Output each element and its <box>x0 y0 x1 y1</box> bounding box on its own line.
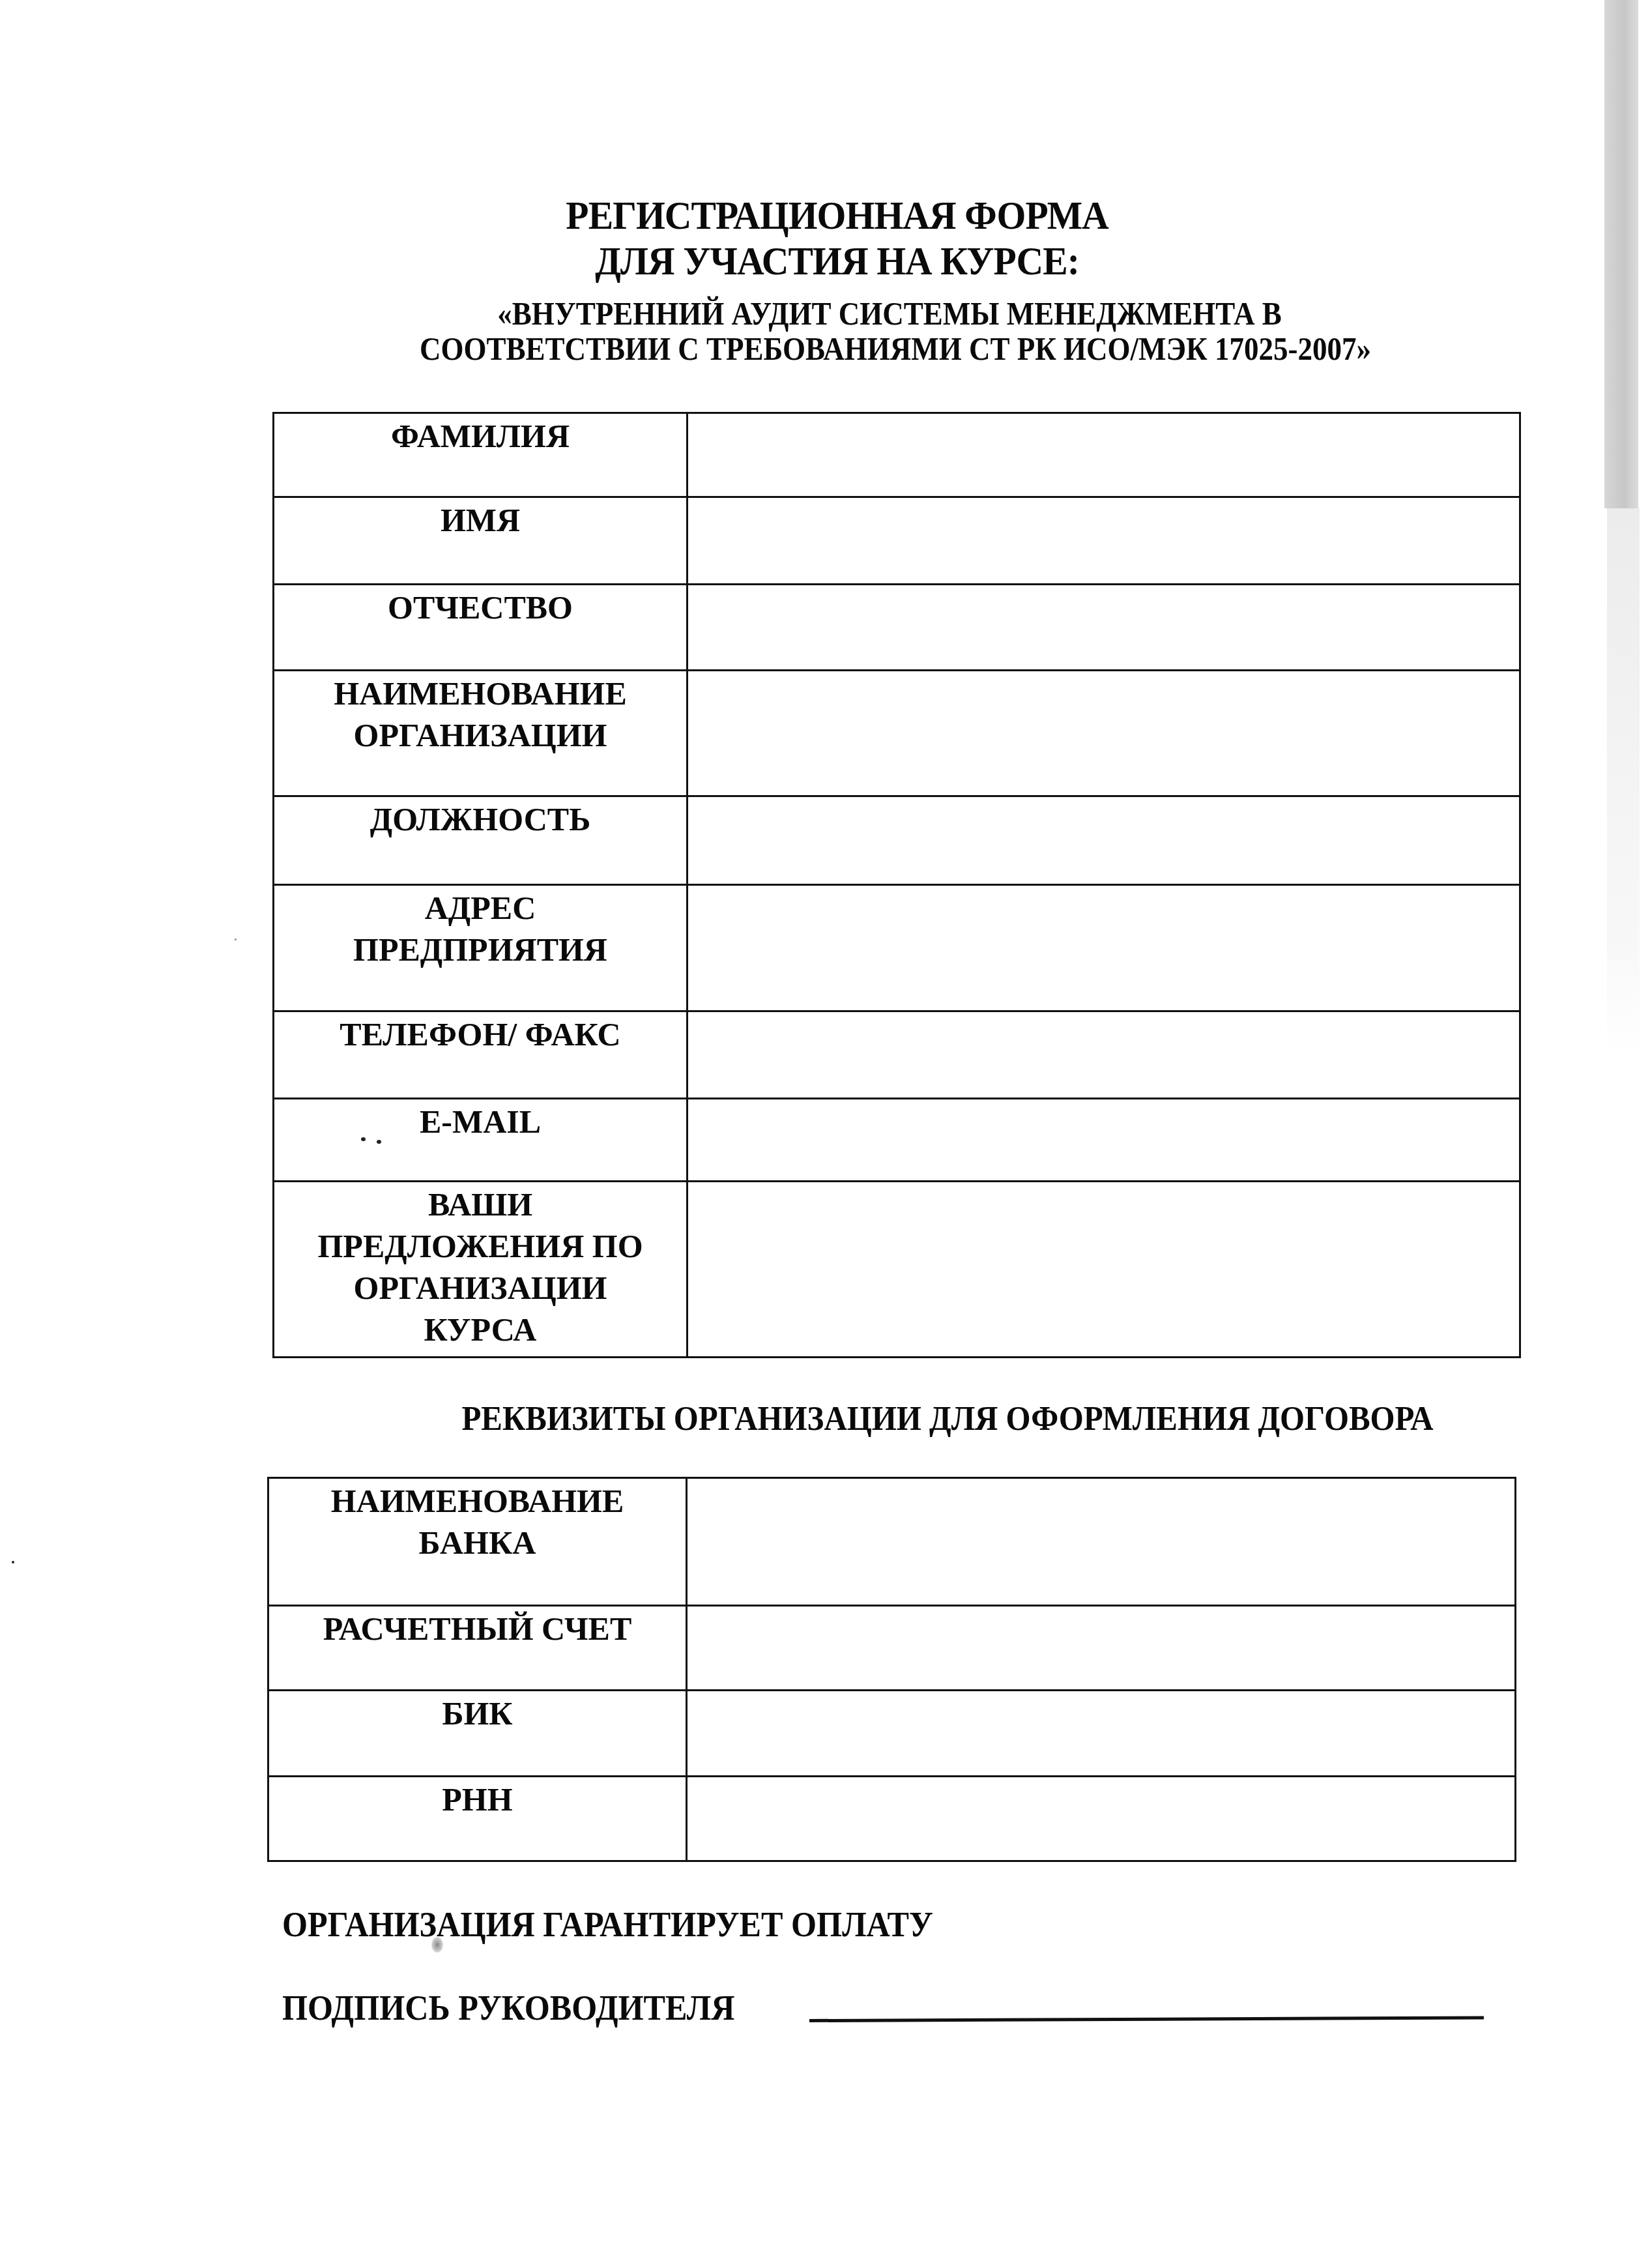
bank-details-table: НАИМЕНОВАНИЕ БАНКА РАСЧЕТНЫЙ СЧЕТ БИК РН… <box>267 1477 1516 1862</box>
label-account: РАСЧЕТНЫЙ СЧЕТ <box>268 1606 687 1691</box>
patronymic-field[interactable] <box>687 585 1520 671</box>
row-suggestions: ВАШИ ПРЕДЛОЖЕНИЯ ПО ОРГАНИЗАЦИИ КУРСА <box>274 1182 1520 1358</box>
label-suggestions: ВАШИ ПРЕДЛОЖЕНИЯ ПО ОРГАНИЗАЦИИ КУРСА <box>274 1182 687 1358</box>
label-address: АДРЕС ПРЕДПРИЯТИЯ <box>274 885 687 1011</box>
row-bank-name: НАИМЕНОВАНИЕ БАНКА <box>268 1478 1516 1606</box>
row-position: ДОЛЖНОСТЬ <box>274 796 1520 885</box>
scan-speck <box>12 1561 14 1563</box>
row-patronymic: ОТЧЕСТВО <box>274 585 1520 671</box>
scan-speck <box>377 1140 381 1144</box>
rnn-field[interactable] <box>687 1777 1516 1861</box>
bank-details-heading: РЕКВИЗИТЫ ОРГАНИЗАЦИИ ДЛЯ ОФОРМЛЕНИЯ ДОГ… <box>50 1400 1600 1438</box>
bik-field[interactable] <box>687 1691 1516 1777</box>
suggestions-field[interactable] <box>687 1182 1520 1358</box>
label-email: E-MAIL <box>274 1099 687 1182</box>
label-last-name: ФАМИЛИЯ <box>274 413 687 497</box>
scan-edge-shadow <box>1604 0 1638 508</box>
title-line-1: РЕГИСТРАЦИОННАЯ ФОРМА <box>58 193 1593 239</box>
bank-name-input[interactable] <box>687 1479 1514 1512</box>
phone-fax-input[interactable] <box>688 1012 1519 1045</box>
course-name-line-2: СООТВЕТСТВИИ С ТРЕБОВАНИЯМИ СТ РК ИСО/МЭ… <box>83 330 1568 368</box>
row-rnn: РНН <box>268 1777 1516 1861</box>
label-bik: БИК <box>268 1691 687 1777</box>
label-organization: НАИМЕНОВАНИЕ ОРГАНИЗАЦИИ <box>274 671 687 796</box>
row-email: E-MAIL <box>274 1099 1520 1182</box>
title-line-2: ДЛЯ УЧАСТИЯ НА КУРСЕ: <box>58 239 1593 285</box>
account-field[interactable] <box>687 1606 1516 1691</box>
email-input[interactable] <box>688 1099 1519 1133</box>
account-input[interactable] <box>687 1606 1514 1640</box>
row-phone-fax: ТЕЛЕФОН/ ФАКС <box>274 1011 1520 1099</box>
label-rnn: РНН <box>268 1777 687 1861</box>
first-name-field[interactable] <box>687 497 1520 585</box>
signature-line[interactable] <box>809 2016 1484 2022</box>
row-account: РАСЧЕТНЫЙ СЧЕТ <box>268 1606 1516 1691</box>
course-name-line-1: «ВНУТРЕННИЙ АУДИТ СИСТЕМЫ МЕНЕДЖМЕНТА В <box>83 295 1568 332</box>
patronymic-input[interactable] <box>688 585 1519 618</box>
label-bank-name: НАИМЕНОВАНИЕ БАНКА <box>268 1478 687 1606</box>
bank-name-field[interactable] <box>687 1478 1516 1606</box>
scan-smudge <box>431 1937 443 1953</box>
label-position: ДОЛЖНОСТЬ <box>274 796 687 885</box>
participant-info-table: ФАМИЛИЯ ИМЯ ОТЧЕСТВО НАИМЕНОВАНИЕ ОРГАНИ… <box>272 412 1521 1358</box>
row-organization: НАИМЕНОВАНИЕ ОРГАНИЗАЦИИ <box>274 671 1520 796</box>
organization-field[interactable] <box>687 671 1520 796</box>
phone-fax-field[interactable] <box>687 1011 1520 1099</box>
scan-edge-shadow-faint <box>1607 508 1640 1056</box>
row-first-name: ИМЯ <box>274 497 1520 585</box>
first-name-input[interactable] <box>688 498 1519 531</box>
label-patronymic: ОТЧЕСТВО <box>274 585 687 671</box>
email-field[interactable] <box>687 1099 1520 1182</box>
scan-speck <box>235 938 237 940</box>
last-name-field[interactable] <box>687 413 1520 497</box>
suggestions-input[interactable] <box>688 1182 1519 1215</box>
row-last-name: ФАМИЛИЯ <box>274 413 1520 497</box>
position-field[interactable] <box>687 796 1520 885</box>
label-phone-fax: ТЕЛЕФОН/ ФАКС <box>274 1011 687 1099</box>
payment-guarantee-text: ОРГАНИЗАЦИЯ ГАРАНТИРУЕТ ОПЛАТУ <box>282 1904 933 1945</box>
rnn-input[interactable] <box>687 1777 1514 1810</box>
row-address: АДРЕС ПРЕДПРИЯТИЯ <box>274 885 1520 1011</box>
scan-speck <box>361 1137 366 1141</box>
row-bik: БИК <box>268 1691 1516 1777</box>
address-field[interactable] <box>687 885 1520 1011</box>
last-name-input[interactable] <box>688 414 1519 447</box>
bik-input[interactable] <box>687 1691 1514 1724</box>
position-input[interactable] <box>688 797 1519 830</box>
label-first-name: ИМЯ <box>274 497 687 585</box>
address-input[interactable] <box>688 886 1519 919</box>
organization-input[interactable] <box>688 671 1519 705</box>
signature-label: ПОДПИСЬ РУКОВОДИТЕЛЯ <box>282 1988 735 2028</box>
